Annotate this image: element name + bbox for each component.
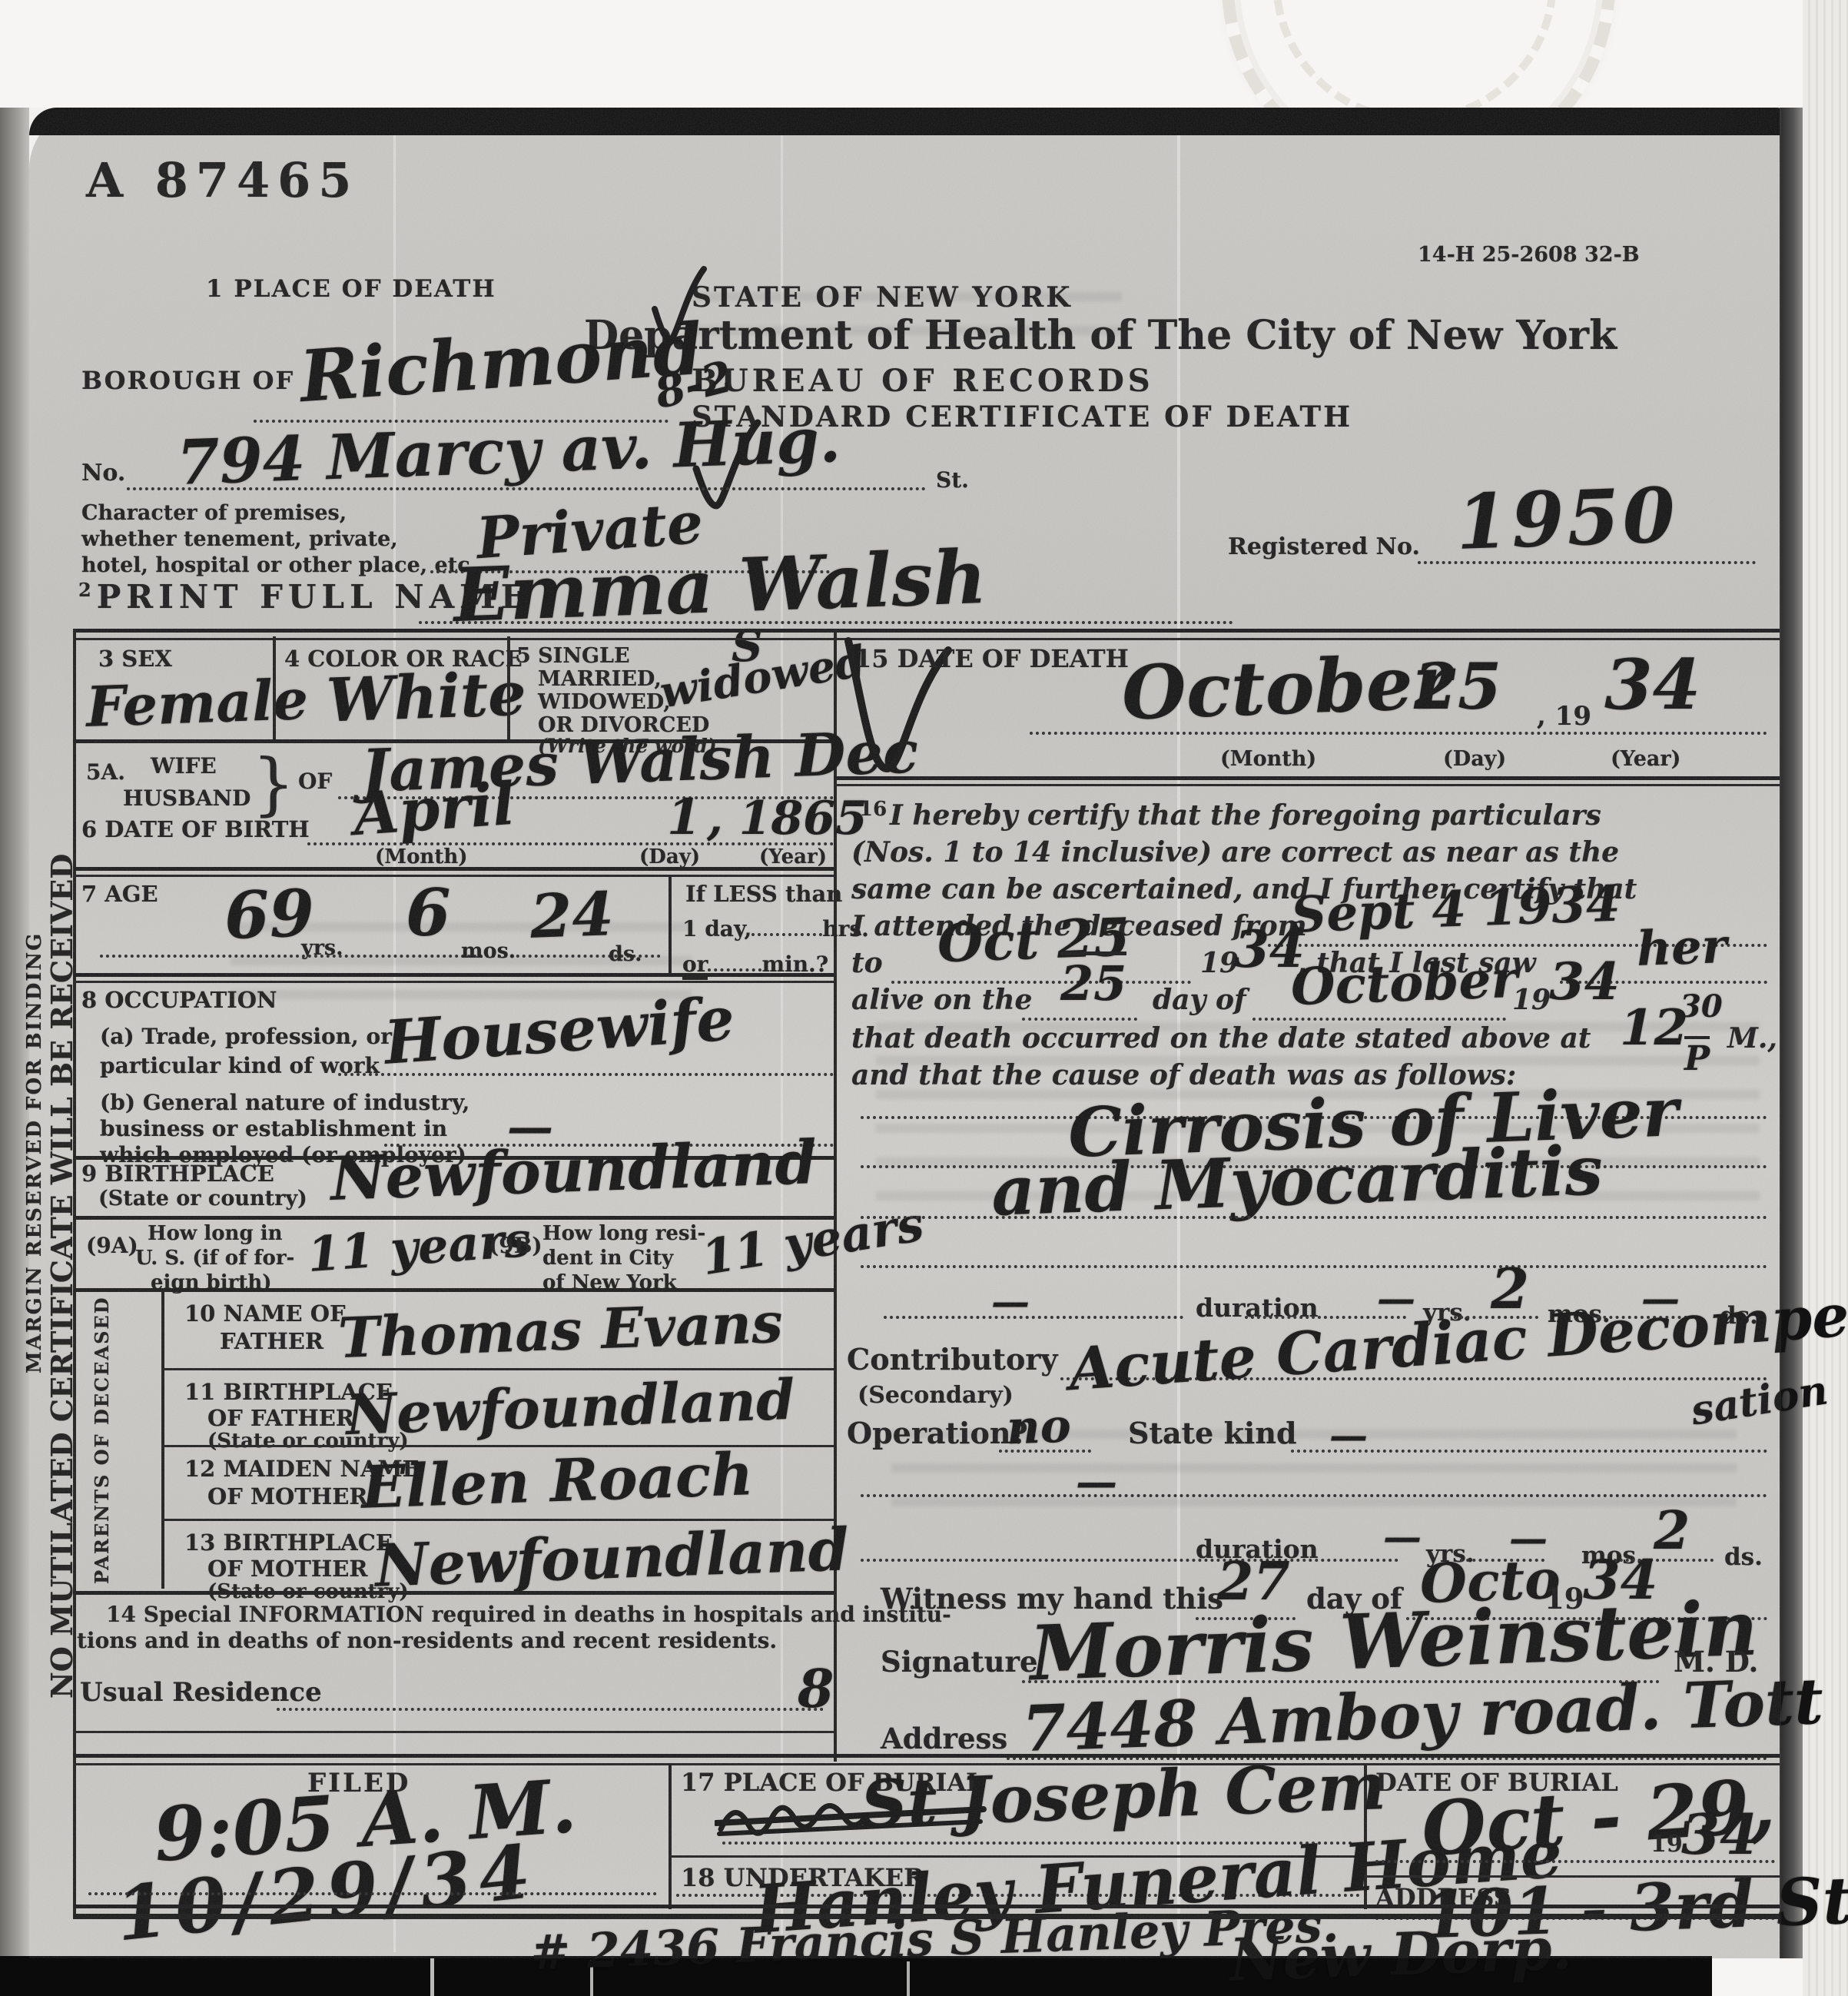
duration2-ds: ds. <box>1724 1543 1763 1571</box>
dod-day: 25 <box>1414 650 1501 724</box>
special-info-line-2: tions and in deaths of non-residents and… <box>77 1628 777 1653</box>
special-info-line-1: 14 Special INFORMATION required in death… <box>106 1602 951 1627</box>
address-label: Address <box>881 1722 1007 1755</box>
duration2-days: 2 <box>1654 1500 1690 1562</box>
registered-no-value: 1950 <box>1455 471 1680 567</box>
cert-line-6-dayof: day of <box>1153 984 1246 1016</box>
marital-label-1: 5 SINGLE <box>516 644 630 668</box>
father-bp-label-2: OF FATHER <box>207 1405 354 1431</box>
burial-date-year: 34 <box>1681 1802 1758 1867</box>
street-suffix-label: St. <box>936 467 969 493</box>
scanned-death-certificate: A 87465 14-H 25-2608 32-B 1 PLACE OF DEA… <box>0 0 1848 1996</box>
occupation-b-label-2: business or establishment in <box>100 1116 447 1141</box>
contributory-sub-label: (Secondary) <box>858 1382 1014 1409</box>
form-number: 14-H 25-2608 32-B <box>1418 243 1640 267</box>
occupation-label: 8 OCCUPATION <box>81 987 277 1013</box>
header-state: STATE OF NEW YORK <box>692 281 1583 314</box>
borough-label: BOROUGH OF <box>81 366 294 395</box>
margin-divider <box>73 629 76 1914</box>
filed-line <box>88 1892 657 1895</box>
duration1-line <box>884 1316 1183 1319</box>
duration2-dash-1: — <box>1383 1514 1422 1559</box>
age-label: 7 AGE <box>81 881 158 907</box>
burial-date-19: 19 <box>1651 1831 1683 1858</box>
mother-bp-label-1: 13 BIRTHPLACE <box>184 1529 393 1556</box>
cert-alive-day-value: 25 <box>1060 952 1126 1011</box>
rule <box>73 1731 834 1733</box>
spouse-num: 5A. <box>86 759 125 785</box>
dod-year-printed: , 19 <box>1537 701 1591 732</box>
dotted-fill <box>708 952 761 971</box>
dob-day: 1 <box>667 789 702 846</box>
spouse-of-label: OF <box>298 769 332 794</box>
registered-no-label: Registered No. <box>1228 533 1420 560</box>
dod-month-label: (Month) <box>1220 747 1316 771</box>
signature-label: Signature <box>881 1645 1038 1679</box>
operation-label: Operation? <box>847 1416 1028 1450</box>
residence-us-num: (9A) <box>86 1233 138 1258</box>
mother-value: Ellen Roach <box>360 1440 755 1522</box>
scan-band-nick <box>430 1958 434 1996</box>
cert-line-6-fill <box>1022 1018 1137 1021</box>
cell-divider <box>669 875 672 973</box>
residence-us-label-2: U. S. (if of for- <box>135 1247 294 1270</box>
blank-dash: — <box>1076 1457 1117 1506</box>
cert-attended-from-value: Sept 4 1934 <box>1290 875 1621 945</box>
usual-residence-mark: 8 <box>798 1659 834 1720</box>
dod-day-label: (Day) <box>1443 747 1506 771</box>
age-yrs-label: yrs. <box>301 936 343 960</box>
spouse-wife-label: WIFE <box>151 753 217 779</box>
contributory-label: Contributory <box>847 1342 1057 1377</box>
bottom-divider-1 <box>669 1763 672 1909</box>
cert-line-2: (Nos. 1 to 14 inclusive) are correct as … <box>851 836 1619 868</box>
duration2-line <box>861 1559 1398 1562</box>
dotted-fill <box>751 917 822 936</box>
residence-ny-label-1: How long resi- <box>542 1222 705 1245</box>
blank-line <box>861 1494 1767 1497</box>
stamp-number: A 87465 <box>86 152 359 208</box>
dob-year-label: (Year) <box>759 845 827 868</box>
operation-kind-value: — <box>1329 1413 1368 1458</box>
age-less-label-2: 1 day,hrs. <box>682 916 869 942</box>
dob-month-label: (Month) <box>375 845 468 868</box>
premises-label-3: hotel, hospital or other place, etc. <box>81 553 477 577</box>
age-ds-label: ds. <box>609 942 642 966</box>
race-value: White <box>325 659 527 736</box>
dob-label: 6 DATE OF BIRTH <box>81 816 310 842</box>
mother-bp-label-2: OF MOTHER <box>207 1556 368 1582</box>
residence-us-label-1: How long in <box>148 1222 282 1245</box>
rule <box>73 981 834 983</box>
parents-strip-divider <box>161 1288 164 1589</box>
cert-time-m: M., <box>1727 1022 1777 1054</box>
cert-line-5-to: to <box>851 947 883 979</box>
age-less-label-1: If LESS than <box>685 881 842 907</box>
cert-line-5-19: 19 <box>1200 947 1239 979</box>
frame-top-bar <box>29 108 1781 135</box>
full-name-value: Emma Walsh <box>452 533 987 639</box>
dod-year-label: (Year) <box>1611 747 1680 771</box>
cert-line-7: that death occurred on the date stated a… <box>851 1022 1591 1054</box>
dod-year: 34 <box>1604 644 1700 726</box>
usual-residence-line <box>277 1708 824 1711</box>
cell-divider <box>507 636 510 739</box>
rule <box>73 867 834 871</box>
burial-address-value-2: New Dorp. <box>1229 1914 1574 1994</box>
father-label-1: 10 NAME OF <box>184 1300 346 1327</box>
cause-line <box>861 1265 1767 1268</box>
dob-year: , 1865 <box>707 792 868 845</box>
dod-label: 15 DATE OF DEATH <box>854 644 1129 673</box>
age-months: 6 <box>406 875 450 951</box>
marital-label-2: MARRIED, <box>538 667 662 691</box>
cause-line <box>861 1216 1767 1219</box>
header-department: Department of Health of The City of New … <box>584 312 1690 359</box>
father-label-2: FATHER <box>220 1328 323 1354</box>
spouse-brace: } <box>252 744 295 823</box>
dod-month: October <box>1120 639 1453 737</box>
rule <box>73 875 834 877</box>
place-of-death-label: 1 PLACE OF DEATH <box>206 275 496 303</box>
cert-line-6-a: alive on the <box>851 984 1032 1016</box>
parents-of-deceased-label: PARENTS OF DECEASED <box>91 1294 113 1586</box>
cert-alive-year-value: 34 <box>1549 952 1620 1011</box>
rule <box>73 1905 1780 1908</box>
cert-num: 16 <box>859 798 887 821</box>
birthplace-label: 9 BIRTHPLACE <box>81 1161 274 1187</box>
burial-date-line <box>1375 1860 1775 1863</box>
cert-line-1: I hereby certify that the foregoing part… <box>890 799 1601 832</box>
premises-label-1: Character of premises, <box>81 501 347 525</box>
rule <box>73 973 834 977</box>
cell-divider <box>273 636 276 739</box>
cert-time-sup: 30 <box>1680 988 1723 1025</box>
residence-ny-label-2: dent in City <box>542 1247 673 1270</box>
rule <box>73 1591 834 1595</box>
usual-residence-label: Usual Residence <box>80 1677 322 1708</box>
age-days: 24 <box>529 879 615 952</box>
full-name-label-sup: 2 <box>78 579 97 601</box>
cert-line-6-19: 19 <box>1512 984 1551 1016</box>
operation-value: no <box>1006 1400 1072 1456</box>
mother-label-2: OF MOTHER <box>207 1483 368 1509</box>
rule <box>834 784 1780 786</box>
marital-label-3: WIDOWED, <box>538 690 671 714</box>
rule <box>73 1914 1780 1919</box>
cert-alive-month-value: October <box>1290 949 1519 1017</box>
operation-kind-label: State kind <box>1128 1416 1297 1450</box>
cert-time-sub: P <box>1684 1036 1710 1078</box>
cert-last-saw-value: her <box>1636 918 1728 977</box>
age-less-1day: 1 day, <box>682 916 751 942</box>
cert-time-hour: 12 <box>1620 999 1688 1057</box>
header-bureau: BUREAU OF RECORDS <box>692 363 1583 399</box>
dob-day-label: (Day) <box>639 845 700 868</box>
residence-ny-num: (9B) <box>489 1233 542 1258</box>
age-line <box>100 955 661 958</box>
age-mos-label: mos. <box>461 939 516 963</box>
margin-binding-text: MARGIN RESERVED FOR BINDING <box>23 830 46 1476</box>
street-no-label: No. <box>81 460 125 487</box>
birthplace-sub-label: (State or country) <box>98 1187 307 1211</box>
occupation-a-label-1: (a) Trade, profession, or <box>100 1024 392 1049</box>
spouse-husband-label: HUSBAND <box>123 785 250 811</box>
cert-line-6-fill-2 <box>1252 1018 1506 1021</box>
occupation-b-label-1: (b) General nature of industry, <box>100 1090 469 1115</box>
premises-label-2: whether tenement, private, <box>81 527 398 551</box>
rule <box>834 776 1780 780</box>
dob-month: April <box>351 769 517 849</box>
sex-label: 3 SEX <box>98 646 172 672</box>
rule <box>73 1754 1780 1758</box>
